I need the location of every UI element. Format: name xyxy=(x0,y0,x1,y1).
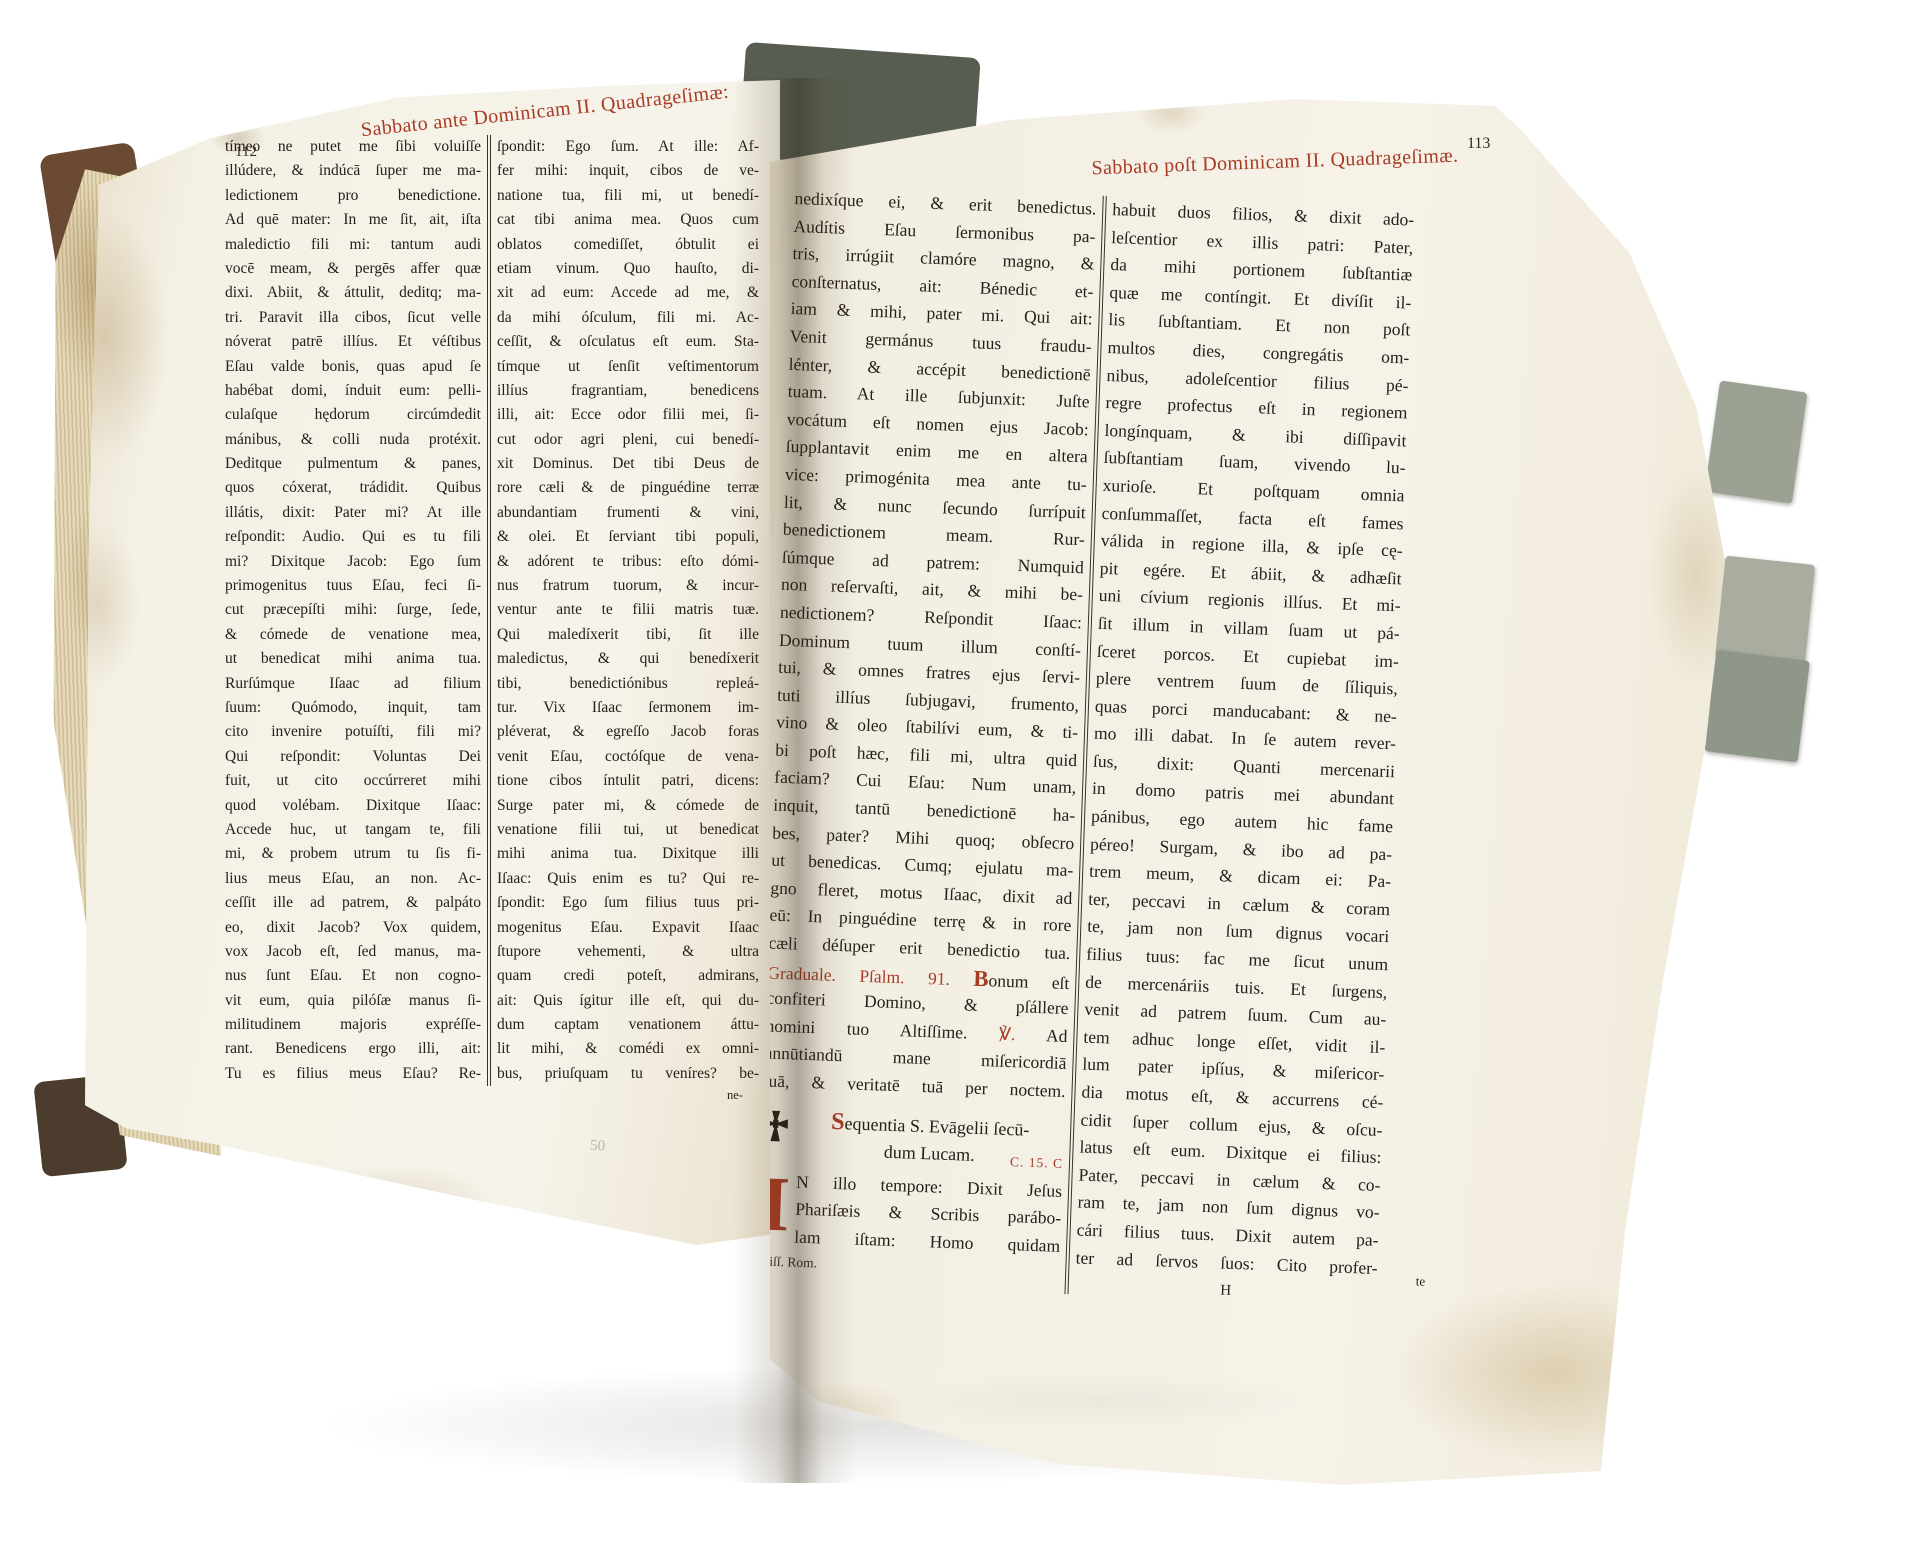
fabric-tab-3 xyxy=(1704,650,1810,763)
text-line: natione tua, fili mi, ut benedí- xyxy=(497,184,759,208)
text-line: maledictus, & qui benedíxerit xyxy=(497,647,759,671)
text-line: abundantiam frumenti & vini, xyxy=(497,501,759,525)
text-line: rant. Benedicens ergo illi, ait: xyxy=(225,1037,481,1061)
text-line: ventur ante te filii matris tuæ. xyxy=(497,598,759,622)
text-line: vit eum, quia pilóſæ manus ſi- xyxy=(225,989,481,1013)
catchword-right: te xyxy=(1415,1273,1425,1289)
gathering-signature: H xyxy=(1074,1278,1376,1306)
text-line: Deditque pulmentum & panes, xyxy=(225,452,481,476)
text-line: vox Jacob eſt, ſed manus, ma- xyxy=(225,940,481,964)
text-line: pléverat, & egreſſo Jacob foras xyxy=(497,720,759,744)
text-line: tibi, benedictiónibus repleá- xyxy=(497,672,759,696)
text-line: cat tibi anima mea. Quos cum xyxy=(497,208,759,232)
graduale-rubric: Graduale. Pſalm. 91. xyxy=(767,962,950,988)
text-line: etiam vinum. Quo hauſto, di- xyxy=(497,257,759,281)
text-line: Surge pater mi, & cómede de xyxy=(497,794,759,818)
text-line: mi? Dixitque Jacob: Ego ſum xyxy=(225,550,481,574)
text-line: mogenitus Eſau. Expavit Iſaac xyxy=(497,916,759,940)
text-line: nus fratrum tuorum, & incur- xyxy=(497,574,759,598)
text-line: lit mihi, & comédi ex omni- xyxy=(497,1037,759,1061)
text-line: cito invenire potuíſti, fili mi? xyxy=(225,720,481,744)
text-line: Accede huc, ut tangam te, fili xyxy=(225,818,481,842)
sequentia-initial: S xyxy=(831,1107,845,1134)
text-line: xit ad eum: Accede ad me, & xyxy=(497,281,759,305)
text-line: bus, priuſquam tu veníres? be- xyxy=(497,1062,759,1086)
text-line: culaſque hędorum circúmdedit xyxy=(225,403,481,427)
sequentia-heading: Sequentia S. Evāgelii ſecū- dum Lucam. C… xyxy=(761,1105,1065,1172)
text-line: quod volébam. Dixitque Iſaac: xyxy=(225,794,481,818)
right-page-column-1: nedixíque ei, & erit benedictus.Audítis … xyxy=(757,185,1097,1294)
text-line: ſpondit: Ego ſum filius tuus pri- xyxy=(497,891,759,915)
text-line: vocē meam, & pergēs affer quæ xyxy=(225,257,481,281)
text-line: oblatos comediſſet, óbtulit ei xyxy=(497,233,759,257)
text-line: maledictio fili mi: tantum audi xyxy=(225,233,481,257)
text-line: militudinem majoris expréſſe- xyxy=(225,1013,481,1037)
right-page-column-2: habuit duos filios, & dixit ado-leſcenti… xyxy=(1074,196,1414,1305)
text-line: venit Eſau, coctóſque de vena- xyxy=(497,745,759,769)
text-line: illátis, dixit: Pater mi? At ille xyxy=(225,501,481,525)
text-line: & olei. Et ſerviant tibi populi, xyxy=(497,525,759,549)
left-page-column-2: ſpondit: Ego ſum. At ille: Af-fer mihi: … xyxy=(497,135,759,1086)
page-number-right: 113 xyxy=(1467,135,1490,153)
text-line: & cómede de venatione mea, xyxy=(225,623,481,647)
text-line: eo, dixit Jacob? Vox quidem, xyxy=(225,916,481,940)
left-page-text-block: tímeo ne putet me ſibi voluiſſeillúdere,… xyxy=(225,135,770,1086)
text-line: ledictionem pro benedictione. xyxy=(225,184,481,208)
text-line: nus ſunt Eſau. Et non cogno- xyxy=(225,964,481,988)
text-line: primogenitus tuus Eſau, feci ſi- xyxy=(225,574,481,598)
text-line: tur. Vix Iſaac ſermonem im- xyxy=(497,696,759,720)
text-line: dum captam venationem áttu- xyxy=(497,1013,759,1037)
left-page-column-1: tímeo ne putet me ſibi voluiſſeillúdere,… xyxy=(225,135,481,1086)
text-line: nóverat patrē illíus. Et véſtibus xyxy=(225,330,481,354)
text-line: rore cæli & de pinguédine terræ xyxy=(497,476,759,500)
text-line: xit Dominus. Det tibi Deus de xyxy=(497,452,759,476)
chapter-reference: C. 15. C xyxy=(1010,1154,1064,1172)
text-line: fuit, ut cito occúrreret mihi xyxy=(225,769,481,793)
text-line: ſtupore vehementi, & ultra xyxy=(497,940,759,964)
text-line: tímque ut ſenſit veſtimentorum xyxy=(497,355,759,379)
text-line: fer mihi: inquit, cibos de ve- xyxy=(497,159,759,183)
right-page: Sabbato poſt Dominicam II. Quadrageſimæ.… xyxy=(770,85,1725,1485)
running-header-right: Sabbato poſt Dominicam II. Quadrageſimæ. xyxy=(1070,144,1481,181)
lesson-text: nedixíque ei, & erit benedictus.Audítis … xyxy=(768,185,1097,968)
text-line: mihi anima tua. Dixitque illi xyxy=(497,842,759,866)
text-line: Qui maledíxerit tibi, ſit ille xyxy=(497,623,759,647)
text-line: lius meus Eſau, an non. Ac- xyxy=(225,867,481,891)
text-line: da mihi óſculum, fili mi. Ac- xyxy=(497,306,759,330)
text-line: ſuum: Quómodo, inquit, tam xyxy=(225,696,481,720)
text-line: illi, ait: Ecce odor filii mei, ſi- xyxy=(497,403,759,427)
gospel-text: habuit duos filios, & dixit ado-leſcenti… xyxy=(1075,196,1414,1282)
text-line: illúdere, & indúcā ſuper me ma- xyxy=(225,159,481,183)
graduale-initial: B xyxy=(973,965,989,991)
fabric-tab-2 xyxy=(1715,556,1815,667)
text-line: ait: Quis ígitur ille eſt, qui du- xyxy=(497,989,759,1013)
text-line: Eſau valde bonis, quas apud ſe xyxy=(225,355,481,379)
text-line: Tu es filius meus Eſau? Re- xyxy=(225,1062,481,1086)
text-line: ſpondit: Ego ſum. At ille: Af- xyxy=(497,135,759,159)
text-line: ceſſit ille ad patrem, & palpáto xyxy=(225,891,481,915)
text-line: quam credi poteſt, admirans, xyxy=(497,964,759,988)
text-line: Iſaac: Quis enim es tu? Qui re- xyxy=(497,867,759,891)
text-line: illíus fragrantiam, benedicens xyxy=(497,379,759,403)
text-line: tímeo ne putet me ſibi voluiſſe xyxy=(225,135,481,159)
text-line: cut præcepíſti mihi: ſurge, ſede, xyxy=(225,598,481,622)
text-line: mi, & probem utrum tu ſis fi- xyxy=(225,842,481,866)
text-line: venatione filii tui, ut benedicat xyxy=(497,818,759,842)
fabric-tab-1 xyxy=(1705,380,1808,503)
pencil-mark: 50 xyxy=(590,1138,606,1156)
text-line: Ad quē mater: In me ſit, ait, iſta xyxy=(225,208,481,232)
photo-background: 112 Sabbato ante Dominicam II. Quadrageſ… xyxy=(0,0,1920,1555)
gospel-incipit: I N illo tempore: Dixit Jeſus Phariſæis … xyxy=(758,1167,1063,1260)
text-line: dixi. Abiit, & áttulit, deditq; ma- xyxy=(225,281,481,305)
text-line: mánibus, & colli nuda protéxit. xyxy=(225,428,481,452)
text-line: Rurſúmque Iſaac ad filium xyxy=(225,672,481,696)
right-page-text-block: nedixíque ei, & erit benedictus.Audítis … xyxy=(757,185,1435,1306)
versicle-icon: ℣. xyxy=(999,1023,1016,1044)
text-line: ut benedicat mihi anima tua. xyxy=(225,647,481,671)
text-line: ceſſit, & oſculatus eſt eum. Sta- xyxy=(497,330,759,354)
text-line: tione cibos íntulit patri, dicens: xyxy=(497,769,759,793)
catchword-left: ne- xyxy=(727,1088,743,1103)
text-line: Qui reſpondit: Voluntas Dei xyxy=(225,745,481,769)
column-divider xyxy=(487,135,491,1086)
text-line: & adórent te tribus: eſto dómi- xyxy=(497,550,759,574)
text-line: cut odor agri pleni, cui benedí- xyxy=(497,428,759,452)
text-line: reſpondit: Audio. Qui es tu fili xyxy=(225,525,481,549)
left-page: 112 Sabbato ante Dominicam II. Quadrageſ… xyxy=(85,80,780,1245)
text-line: quos cóxerat, trádidit. Quibus xyxy=(225,476,481,500)
text-line: tri. Paravit illa cibos, ſicut velle xyxy=(225,306,481,330)
text-line: habébat domi, índuit eum: pelli- xyxy=(225,379,481,403)
